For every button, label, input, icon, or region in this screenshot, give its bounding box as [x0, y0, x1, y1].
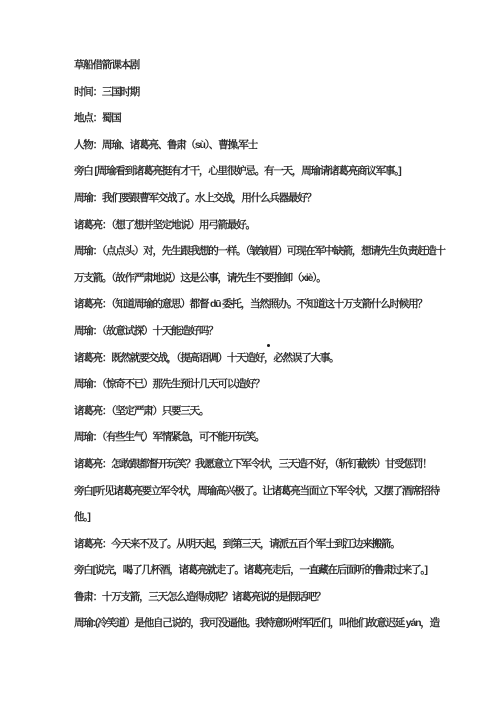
script-line: 他。]: [74, 504, 456, 531]
script-text-block: 草船借箭课本剧时间：三国时期地点：蜀国人物：周瑜、诸葛亮、鲁肃（sù）、曹操,军…: [74, 52, 456, 637]
script-line: 周瑜:(冷笑道）是他自己说的，我可没逼他。我特意吩咐军匠们，叫他们故意迟延 yá…: [74, 610, 456, 637]
script-line: 旁白[听见诸葛亮要立军令状，周瑜高兴极了。让诸葛亮当面立下军令状，又摆了酒席招待: [74, 478, 456, 505]
script-line: 诸葛亮：（想了想并坚定地说）用弓箭最好。: [74, 212, 456, 239]
script-line: 地点：蜀国: [74, 105, 456, 132]
script-line: 鲁肃：十万支箭，三天怎么造得成呢？诸葛亮说的是假话吧？: [74, 584, 456, 611]
script-line: 周瑜：（点点头）对，先生跟我想的一样。（皱皱眉）可现在军中缺箭，想请先生负责赶造…: [74, 238, 456, 265]
stray-dot-mark: [267, 344, 270, 347]
script-line: 旁白[说完，喝了几杯酒，诸葛亮就走了。诸葛亮走后，一直藏在后面听的鲁肃过来了。]: [74, 557, 456, 584]
script-line: 时间：三国时期: [74, 79, 456, 106]
script-line: 旁白 [周瑜看到诸葛亮挺有才干，心里很妒忌。有一天，周瑜请诸葛亮商议军事。]: [74, 158, 456, 185]
script-line: 诸葛亮：（知道周瑜的意思）都督 dū 委托，当然照办。不知道这十万支箭什么时候用…: [74, 291, 456, 318]
script-line: 万支箭。（故作严肃地说）这是公事，请先生不要推卸（xiè）。: [74, 265, 456, 292]
script-line: 诸葛亮：（坚定严肃）只要三天。: [74, 398, 456, 425]
script-line: 周瑜：（惊奇不已）那先生预计几天可以造好？: [74, 371, 456, 398]
script-line: 人物：周瑜、诸葛亮、鲁肃（sù）、曹操,军士: [74, 132, 456, 159]
script-line: 周瑜：我们要跟曹军交战了。水上交战，用什么兵器最好？: [74, 185, 456, 212]
script-line: 周瑜：（故意试探）十天能造好吗？: [74, 318, 456, 345]
script-line: 草船借箭课本剧: [74, 52, 456, 79]
script-line: 周瑜：（有些生气）军情紧急，可不能开玩笑。: [74, 424, 456, 451]
script-line: 诸葛亮：今天来不及了。从明天起，到第三天，请派五百个军士到江边来搬箭。: [74, 531, 456, 558]
script-line: 诸葛亮：既然就要交战，（提高语调）十天造好，必然误了大事。: [74, 345, 456, 372]
script-line: 诸葛亮：怎敢跟都督开玩笑？我愿意立下军令状，三天造不好，（斩钉截铁）甘受惩罚！: [74, 451, 456, 478]
document-page: 草船借箭课本剧时间：三国时期地点：蜀国人物：周瑜、诸葛亮、鲁肃（sù）、曹操,军…: [0, 0, 500, 707]
